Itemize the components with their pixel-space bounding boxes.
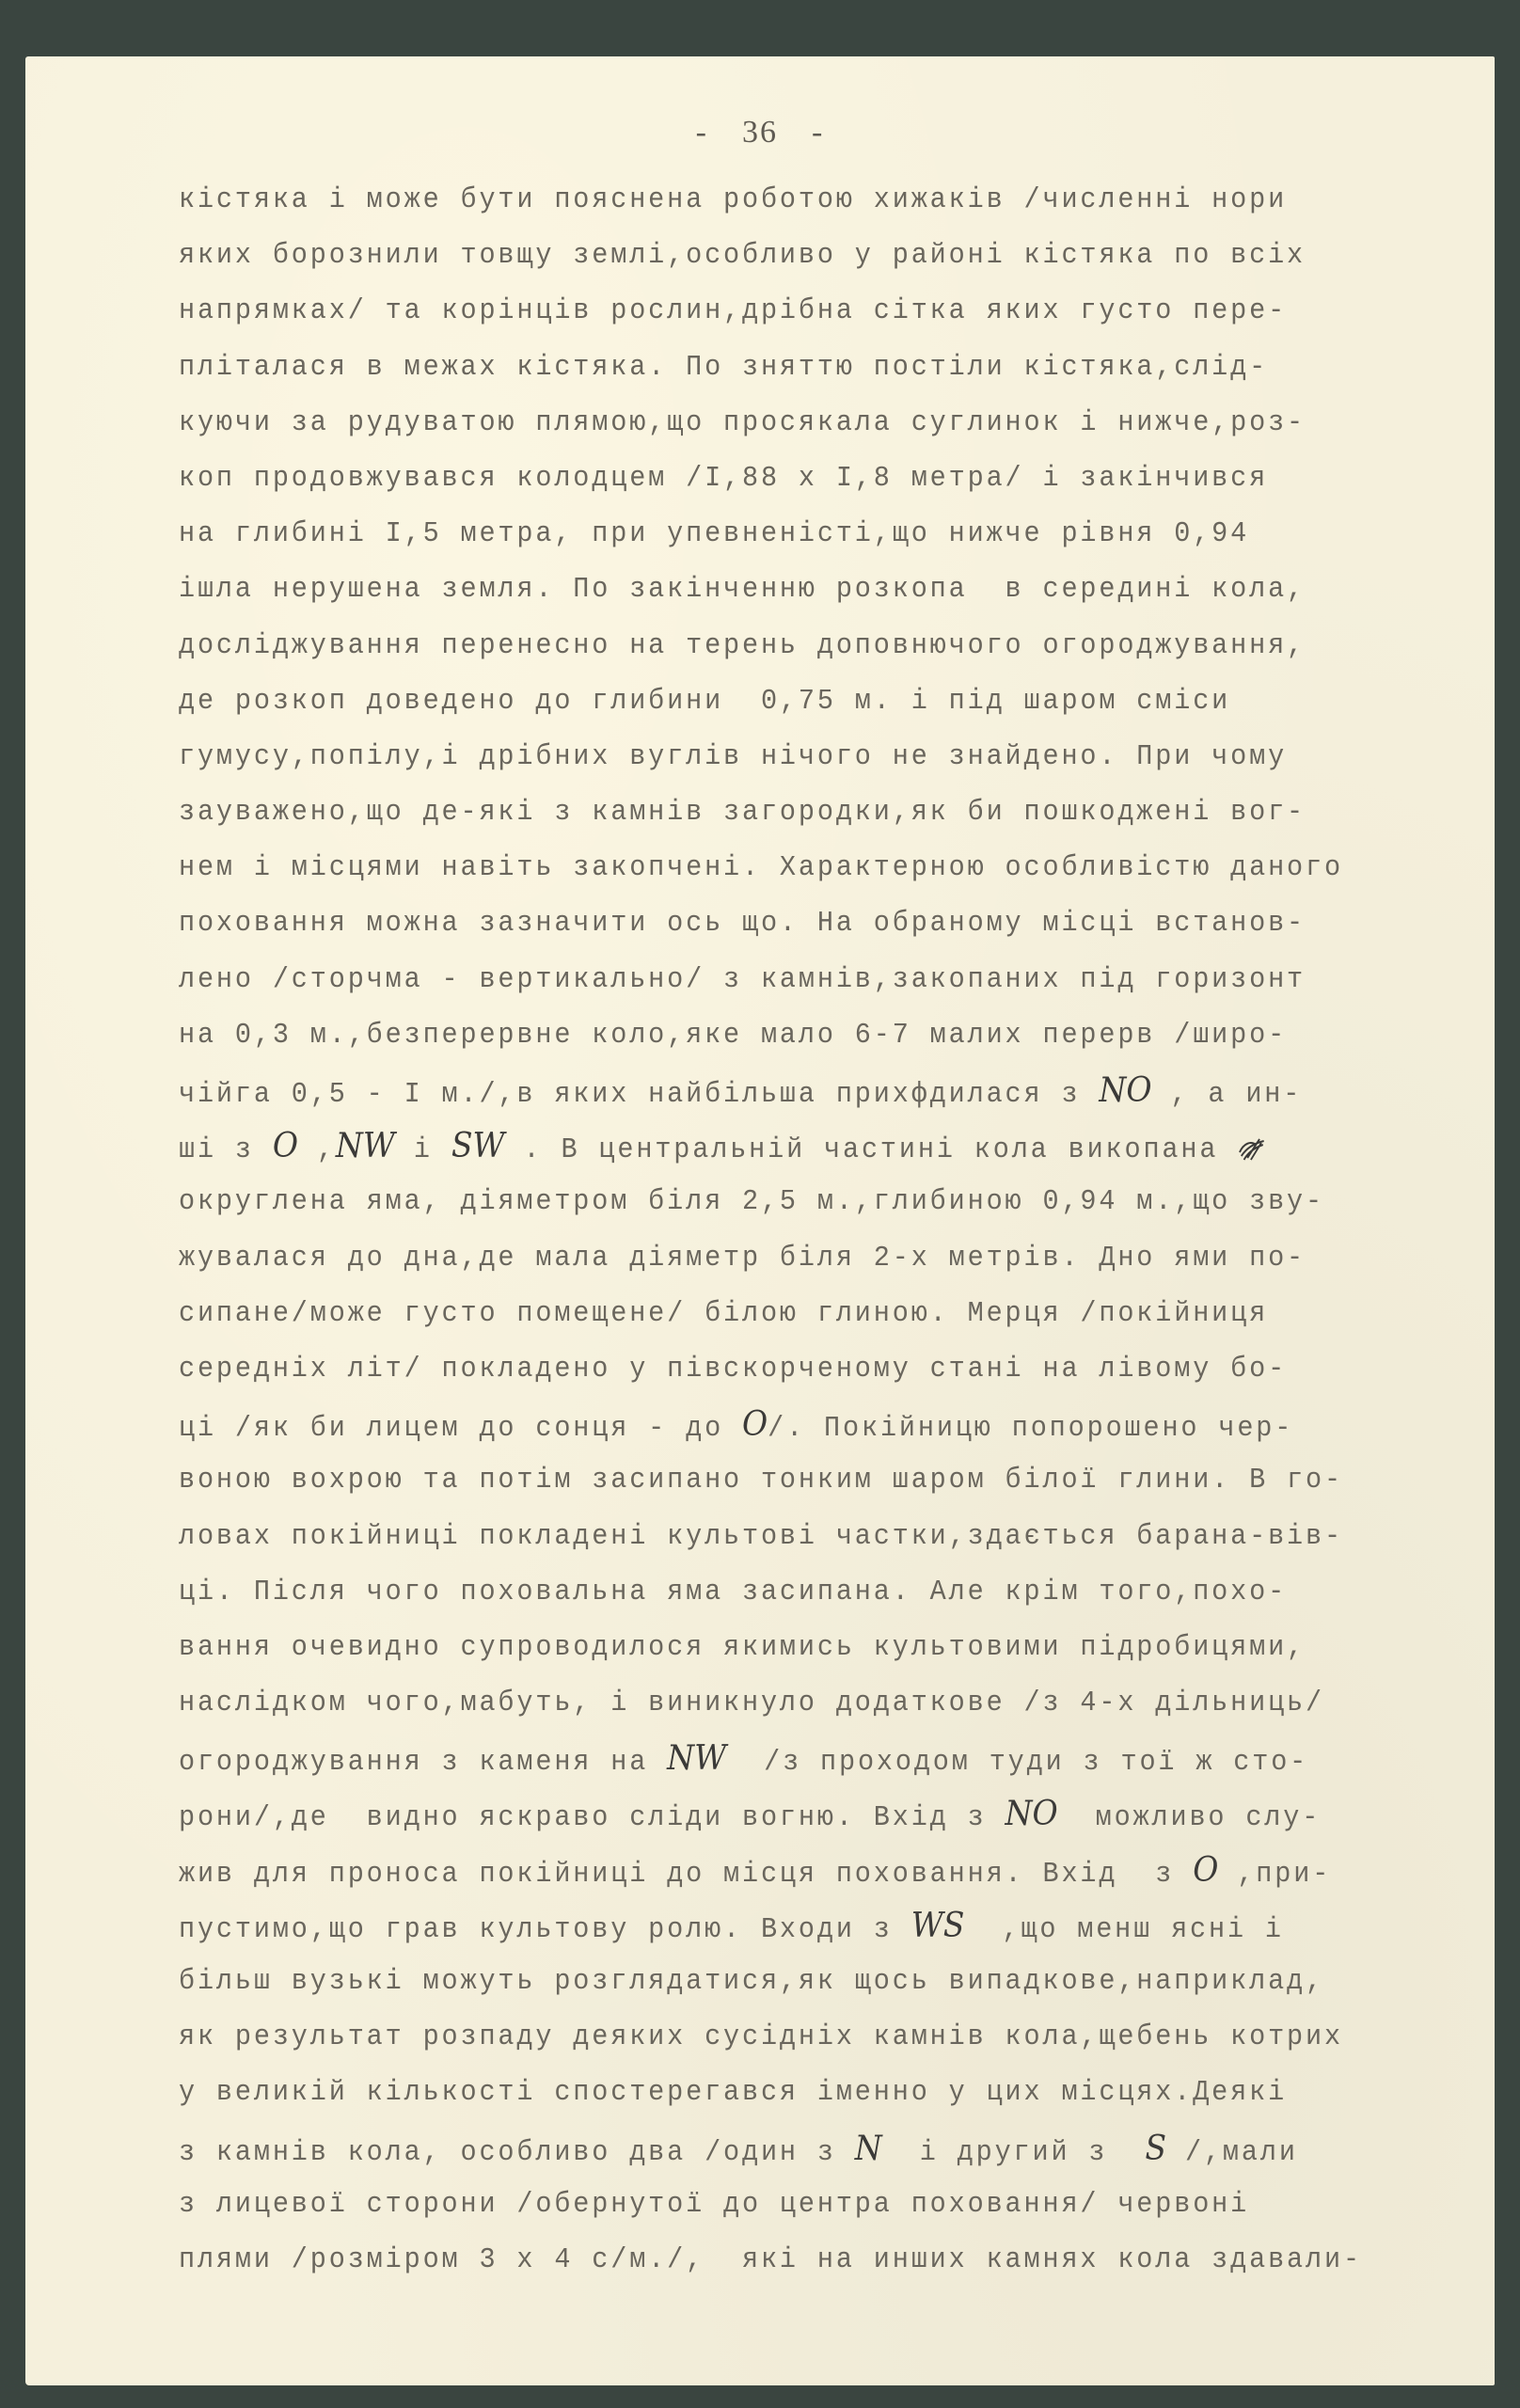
text-line: огороджування з каменя на NW /з проходом… [179, 1737, 1407, 1793]
handwritten-direction-note: WS [911, 1907, 965, 1945]
text-line: на 0,3 м.,безперервне коло,яке мало 6-7 … [179, 1014, 1407, 1069]
handwritten-direction-note: O [1193, 1851, 1218, 1890]
text-line: ші з O ,NW і SW . В центральній частині … [179, 1125, 1407, 1180]
text-line: поховання можна зазначити ось що. На обр… [179, 902, 1407, 958]
text-line: лено /сторчма - вертикально/ з камнів,за… [179, 958, 1407, 1014]
text-line: зауважено,що де-які з камнів загородки,я… [179, 791, 1407, 847]
text-line: чійга 0,5 - I м./,в яких найбільша прихф… [179, 1069, 1407, 1125]
page-number: -36- [25, 115, 1495, 150]
text-line: рони/,де видно яскраво сліди вогню. Вхід… [179, 1793, 1407, 1848]
text-line: ловах покійниці покладені культові частк… [179, 1515, 1407, 1571]
text-line: нем і місцями навіть закопчені. Характер… [179, 847, 1407, 902]
handwritten-direction-note: N [855, 2130, 882, 2168]
text-line: яких борознили товщу землі,особливо у ра… [179, 234, 1407, 290]
text-line: з камнів кола, особливо два /один з N і … [179, 2128, 1407, 2183]
text-line: з лицевої сторони /обернутої до центра п… [179, 2183, 1407, 2239]
handwritten-direction-note: NW [336, 1127, 395, 1165]
text-line: середніх літ/ покладено у півскорченому … [179, 1348, 1407, 1403]
text-line: напрямках/ та корінців рослин,дрібна сіт… [179, 290, 1407, 345]
document-page: -36- кістяка і може бути пояснена робото… [25, 56, 1495, 2385]
typewritten-body: кістяка і може бути пояснена роботою хиж… [179, 179, 1514, 2294]
text-line: коп продовжувався колодцем /I,88 х I,8 м… [179, 457, 1407, 513]
text-line: як результат розпаду деяких сусідніх кам… [179, 2016, 1407, 2071]
handwritten-direction-note: O [273, 1127, 298, 1165]
text-line: досліджування перенесно на терень доповн… [179, 625, 1407, 680]
scribble-icon [1237, 1135, 1266, 1164]
text-line: вання очевидно супроводилося якимись кул… [179, 1626, 1407, 1682]
handwritten-direction-note: NW [667, 1739, 726, 1778]
text-line: округлена яма, діяметром біля 2,5 м.,гли… [179, 1180, 1407, 1236]
text-line: плями /розміром 3 х 4 с/м./, які на инши… [179, 2239, 1407, 2294]
text-line: ці. Після чого поховальна яма засипана. … [179, 1571, 1407, 1626]
text-line: жив для проноса покійниці до місця похов… [179, 1849, 1407, 1905]
text-line: жувалася до дна,де мала діяметр біля 2-х… [179, 1237, 1407, 1292]
text-line: гумусу,попілу,і дрібних вуглів нічого не… [179, 736, 1407, 791]
text-line: кістяка і може бути пояснена роботою хиж… [179, 179, 1407, 234]
text-line: сипане/може густо помещене/ білою глиною… [179, 1292, 1407, 1348]
handwritten-direction-note: O [742, 1405, 768, 1444]
text-line: пліталася в межах кістяка. По зняттю пос… [179, 346, 1407, 402]
text-line: більш вузькі можуть розглядатися,як щось… [179, 1960, 1407, 2016]
text-line: ці /як би лицем до сонця - до O/. Покійн… [179, 1403, 1407, 1459]
text-line: ішла нерушена земля. По закінченню розко… [179, 568, 1407, 624]
text-line: наслідком чого,мабуть, і виникнуло додат… [179, 1682, 1407, 1737]
handwritten-direction-note: NO [1099, 1071, 1151, 1110]
text-line: на глибині I,5 метра, при упевненісті,що… [179, 513, 1407, 568]
handwritten-direction-note: SW [451, 1127, 505, 1165]
text-line: де розкоп доведено до глибини 0,75 м. і … [179, 680, 1407, 736]
text-line: воною вохрою та потім засипано тонким ша… [179, 1459, 1407, 1514]
handwritten-direction-note: NO [1005, 1795, 1058, 1833]
text-line: у великій кількості спостерегався іменно… [179, 2071, 1407, 2127]
handwritten-direction-note: S [1145, 2130, 1166, 2168]
text-line: куючи за рудуватою плямою,що просякала с… [179, 402, 1407, 457]
text-line: пустимо,що грав культову ролю. Входи з W… [179, 1905, 1407, 1960]
